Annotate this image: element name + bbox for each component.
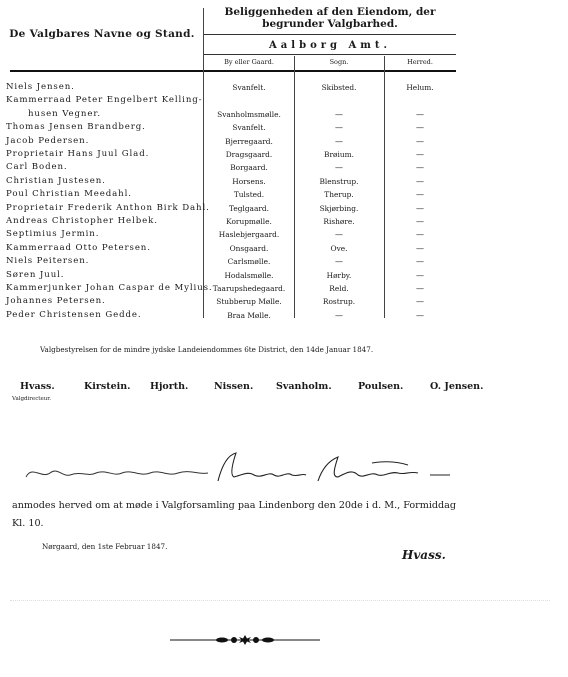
row-cell-herred: — (384, 230, 456, 239)
row-name: Johannes Petersen. (6, 296, 106, 306)
row-name: Niels Jensen. (6, 82, 75, 92)
row-cell-gaard: Horsens. (204, 177, 294, 186)
row-cell-sogn: Hørby. (294, 271, 384, 280)
row-cell-sogn: Therup. (294, 190, 384, 199)
row-cell-gaard: Onsgaard. (204, 244, 294, 253)
row-cell-sogn: Rishøre. (294, 217, 384, 226)
row-cell-herred: — (384, 217, 456, 226)
header-divider (204, 34, 456, 35)
column-header-gaard: By eller Gaard. (204, 58, 294, 66)
row-name: Carl Boden. (6, 162, 68, 172)
signer-name: Poulsen. (358, 381, 403, 392)
row-cell-gaard: Svanfelt. (204, 83, 294, 92)
row-name: Kammerjunker Johan Caspar de Mylius. (6, 283, 213, 293)
row-cell-herred: — (384, 163, 456, 172)
names-column-title: De Valgbares Navne og Stand. (4, 28, 200, 40)
row-cell-gaard: Svanfelt. (204, 123, 294, 132)
board-caption: Valgbestyrelsen for de mindre jydske Lan… (40, 345, 373, 354)
handwritten-addressee: Hr. Proprietair Baade i Thisted — (22, 451, 452, 487)
row-cell-sogn: Blenstrup. (294, 177, 384, 186)
row-cell-herred: — (384, 150, 456, 159)
row-cell-herred: — (384, 257, 456, 266)
final-signature: Hvass. (402, 548, 446, 562)
column-header-herred: Herred. (384, 58, 456, 66)
column-header-sogn: Sogn. (294, 58, 384, 66)
invitation-text: anmodes herved om at møde i Valgforsamli… (12, 497, 462, 533)
row-cell-herred: — (384, 297, 456, 306)
row-cell-sogn: — (294, 110, 384, 119)
row-cell-sogn: — (294, 257, 384, 266)
row-name: Proprietair Frederik Anthon Birk Dahl. (6, 203, 210, 213)
ornament-divider-icon (170, 635, 320, 645)
signer-role: Valgdirecteur. (12, 396, 51, 402)
row-cell-sogn: — (294, 137, 384, 146)
row-cell-herred: — (384, 177, 456, 186)
header-divider (204, 54, 456, 55)
row-cell-sogn: Skjørbing. (294, 204, 384, 213)
row-cell-herred: — (384, 271, 456, 280)
signer-name: O. Jensen. (430, 381, 483, 392)
row-cell-gaard: Haslebjergaard. (204, 230, 294, 239)
row-name: Niels Peitersen. (6, 256, 89, 266)
signer-name: Hjorth. (150, 381, 188, 392)
row-cell-gaard: Braa Mølle. (204, 311, 294, 320)
row-cell-herred: — (384, 204, 456, 213)
dateline: Nørgaard, den 1ste Februar 1847. (42, 542, 167, 551)
row-name: Kammerraad Otto Petersen. (6, 243, 151, 253)
row-name: Jacob Pedersen. (6, 136, 89, 146)
row-cell-sogn: — (294, 311, 384, 320)
row-cell-gaard: Tulsted. (204, 190, 294, 199)
signer-name: Nissen. (214, 381, 253, 392)
row-name: Andreas Christopher Helbek. (6, 216, 158, 226)
bleed-through-marks (10, 600, 550, 617)
row-name: Poul Christian Meedahl. (6, 189, 132, 199)
row-cell-sogn: Rostrup. (294, 297, 384, 306)
row-cell-sogn: — (294, 123, 384, 132)
row-cell-sogn: Reld. (294, 284, 384, 293)
row-cell-herred: — (384, 137, 456, 146)
row-cell-herred: — (384, 284, 456, 293)
row-cell-sogn: Brøium. (294, 150, 384, 159)
row-cell-gaard: Teglgaard. (204, 204, 294, 213)
row-cell-sogn: — (294, 163, 384, 172)
row-cell-sogn: Skibsted. (294, 83, 384, 92)
row-name: Søren Juul. (6, 270, 64, 280)
row-name: Kammerraad Peter Engelbert Kelling- (6, 95, 202, 105)
row-cell-gaard: Stubberup Mølle. (204, 297, 294, 306)
row-cell-sogn: — (294, 230, 384, 239)
row-name: Peder Christensen Gedde. (6, 310, 142, 320)
county-title: Aalborg Amt. (204, 40, 456, 51)
row-cell-gaard: Hodalsmølle. (204, 271, 294, 280)
row-cell-herred: — (384, 244, 456, 253)
row-cell-gaard: Svanholmsmølle. (204, 110, 294, 119)
row-name: Christian Justesen. (6, 176, 106, 186)
row-name: husen Vegner. (28, 109, 101, 119)
row-cell-sogn: Ove. (294, 244, 384, 253)
row-name: Septimius Jermin. (6, 229, 99, 239)
row-cell-gaard: Dragsgaard. (204, 150, 294, 159)
row-cell-gaard: Borgaard. (204, 163, 294, 172)
row-name: Thomas Jensen Brandberg. (6, 122, 146, 132)
row-cell-herred: — (384, 123, 456, 132)
signer-name: Svanholm. (276, 381, 332, 392)
property-title: Beliggenheden af den Eiendom, der begrun… (204, 6, 456, 30)
row-cell-gaard: Carlsmølle. (204, 257, 294, 266)
row-cell-herred: — (384, 311, 456, 320)
signer-name: Hvass. (20, 381, 55, 392)
row-cell-herred: Helum. (384, 83, 456, 92)
row-cell-herred: — (384, 110, 456, 119)
header-rule (10, 70, 456, 72)
row-cell-gaard: Taarupshedegaard. (204, 284, 294, 293)
row-name: Proprietair Hans Juul Glad. (6, 149, 149, 159)
row-cell-herred: — (384, 190, 456, 199)
row-cell-gaard: Korupmølle. (204, 217, 294, 226)
signer-name: Kirstein. (84, 381, 130, 392)
row-cell-gaard: Bjerregaard. (204, 137, 294, 146)
